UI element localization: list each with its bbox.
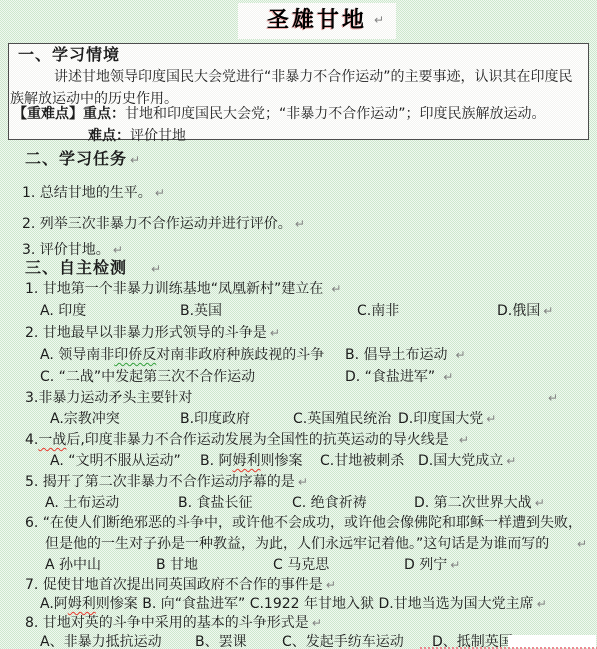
question-stem: 6. “在使人们断绝邪恶的斗争中，或许他不会成功，或许他会像佛陀和耶稣一样遭到失… [25,515,582,532]
q6-stem-text: 但是他的一生对子孙是一种教益，为此，人们永远牢记着他。”这句话是为谁而写的 [45,536,549,552]
option-d: D.俄国↵ [497,303,553,320]
option-a: A. “文明不服从运动” [50,453,181,470]
keypoint-label: 【重难点】重点： [13,106,125,122]
section1-paragraph-line1: 讲述甘地领导印度国民大会党进行“非暴力不合作运动”的主要事迹，认识其在印度民 [54,69,573,86]
keypoint-text: 甘地和印度国民大会党；“非暴力不合作运动”；印度民族解放运动。 [125,106,546,122]
section1-heading: 一、学习情境 [18,46,120,63]
option-d-text: D. 第二次世界大战 [414,495,532,511]
q4-stem-text: 后,印度非暴力不合作运动发展为全国性的抗英运动的导火线是 [66,432,448,448]
q5-options-row: A. 土布运动 B. 食盐长征 C. 绝食祈祷 D. 第二次世界大战↵ [0,495,597,512]
q5-stem-text: 5. 揭开了第二次非暴力不合作运动序幕的是 [25,474,295,490]
option-b-text: B. 倡导土布运动 [345,347,448,363]
option-a: A 孙中山 [45,557,101,574]
option-d: D.印度国大党↵ [398,411,496,428]
spellcheck-flagged-text: 一战 [38,432,66,448]
option-d-text: D.国大党成立 [418,453,503,469]
task-item: 2. 列举三次非暴力不合作运动并进行评价。↵ [22,216,305,233]
paragraph-mark: ↵ [151,262,161,276]
option-d-text: D 列宁 [404,557,447,573]
option-b: B. 倡导土布运动↵ [345,347,466,364]
paragraph-mark: ↵ [537,597,547,611]
option-d-text: D.俄国 [497,303,540,319]
option-b: B、罢课 [195,634,247,649]
option-b-text: 则惨案 [261,453,303,469]
q7-options-row: A.阿姆利则惨案 B. 向“食盐进军” C.1922 年甘地入狱 D.甘地当选为… [40,596,547,613]
option-b: B 甘地 [156,557,198,574]
option-c: C.英国殖民统治 [293,411,391,428]
paragraph-mark: ↵ [155,186,165,200]
option-a: A. 印度 [40,303,86,320]
q2-options-row2: C. “二战”中发起第三次不合作运动 D. “食盐进军”↵ [0,369,597,386]
option-d-text: D. “食盐进军” [345,369,435,385]
option-c: C 马克思 [273,557,329,574]
option-b: B.英国 [180,303,222,320]
paragraph-mark: ↵ [456,348,466,362]
q7-options-text: 则惨案 B. 向“食盐进军” C.1922 年甘地入狱 D.甘地当选为国大党主席 [96,596,534,612]
difficulty-text: 评价甘地 [130,128,186,144]
section3-heading: 三、自主检测↵ [25,259,161,276]
option-d: D.国大党成立↵ [418,453,516,470]
option-a-text: 对南非政府种族歧视的斗争 [156,347,324,363]
option-d: D. 第二次世界大战↵ [414,495,545,512]
paragraph-mark: ↵ [270,326,280,340]
title-box: 圣雄甘地 ↵ [238,3,396,39]
q4-stem-text: 4. [25,432,38,448]
paragraph-mark: ↵ [543,304,553,318]
q2-options-row1: A. 领导南非印侨反对南非政府种族歧视的斗争 B. 倡导土布运动↵ [0,347,597,364]
q1-stem-text: 1. 甘地第一个非暴力训练基地“凤凰新村”建立在 [25,281,323,297]
task3-text: 3. 评价甘地。 [22,242,110,258]
option-b: B. 食盐长征 [178,495,253,512]
q3-stem-text: 3.非暴力运动矛头主要针对 [25,390,192,406]
option-a-text: A. 领导南非 [40,347,114,363]
question-stem: 4.一战后,印度非暴力不合作运动发展为全国性的抗英运动的导火线是↵ [25,432,469,449]
paragraph-mark: ↵ [459,433,469,447]
option-b: B.印度政府 [180,411,250,428]
q7-options-text: A.阿 [40,596,68,612]
paragraph-mark: ↵ [331,282,341,296]
q8-stem-text: 8. 甘地对英的斗争中采用的基本的斗争形式是 [25,615,309,631]
task-item: 1. 总结甘地的生平。↵ [22,185,165,202]
question-stem: 2. 甘地最早以非暴力形式领导的斗争是↵ [25,325,280,342]
task-item: 3. 评价甘地。↵ [22,242,123,259]
paragraph-mark: ↵ [548,390,558,407]
section2-heading-text: 二、学习任务 [25,149,127,168]
option-c: C、发起手纺车运动 [282,634,404,649]
section2-heading: 二、学习任务↵ [25,150,140,167]
option-a: A. 领导南非印侨反对南非政府种族歧视的斗争 [40,347,324,364]
section1-keypoints-line: 【重难点】重点：甘地和印度国民大会党；“非暴力不合作运动”；印度民族解放运动。 [13,106,546,123]
option-c: C.南非 [357,303,399,320]
q2-stem-text: 2. 甘地最早以非暴力形式领导的斗争是 [25,325,267,341]
paragraph-mark: ↵ [486,412,496,426]
question-stem: 8. 甘地对英的斗争中采用的基本的斗争形式是↵ [25,615,322,632]
q7-stem-text: 7. 促使甘地首次提出同英国政府不合作的事件是 [25,577,323,593]
spellcheck-flagged-text: 姆利 [68,596,96,612]
paragraph-mark: ↵ [312,616,322,630]
paragraph-mark: ↵ [577,536,587,553]
question-stem: 7. 促使甘地首次提出同英国政府不合作的事件是↵ [25,577,336,594]
option-c: C.甘地被刺杀 [320,453,404,470]
paragraph-mark: ↵ [506,454,516,468]
document-page: 圣雄甘地 ↵ 一、学习情境 讲述甘地领导印度国民大会党进行“非暴力不合作运动”的… [0,0,597,649]
q6-options-row: A 孙中山 B 甘地 C 马克思 D 列宁↵ [0,557,597,574]
section1-difficulty-line: 难点：评价甘地 [88,128,186,145]
paragraph-mark: ↵ [450,558,460,572]
option-d: D. “食盐进军”↵ [345,369,453,386]
option-a: A.宗教冲突 [50,411,120,428]
paragraph-mark: ↵ [295,217,305,231]
task1-text: 1. 总结甘地的生平。 [22,185,152,201]
section3-heading-text: 三、自主检测 [25,258,127,277]
q3-options-row: A.宗教冲突 B.印度政府 C.英国殖民统治 D.印度国大党↵ [0,411,597,428]
task2-text: 2. 列举三次非暴力不合作运动并进行评价。 [22,216,292,232]
paragraph-mark: ↵ [130,153,140,167]
option-b-text: B. 阿 [200,453,233,469]
paragraph-mark: ↵ [443,370,453,384]
question-stem: 5. 揭开了第二次非暴力不合作运动序幕的是↵ [25,474,308,491]
option-c: C. 绝食祈祷 [292,495,367,512]
question-stem: 3.非暴力运动矛头主要针对↵ [25,390,585,407]
q1-options-row: A. 印度 B.英国 C.南非 D.俄国↵ [0,303,597,320]
option-d-text: D.印度国大党 [398,411,483,427]
option-a: A、非暴力抵抗运动 [40,634,162,649]
q4-options-row: A. “文明不服从运动” B. 阿姆利则惨案 C.甘地被刺杀 D.国大党成立↵ [0,453,597,470]
option-a: A. 土布运动 [45,495,119,512]
spellcheck-flagged-text: 印侨反 [114,347,156,363]
page-title: 圣雄甘地 [238,3,396,39]
spellcheck-flagged-text: 姆利 [233,453,261,469]
paragraph-mark: ↵ [298,475,308,489]
question-stem: 1. 甘地第一个非暴力训练基地“凤凰新村”建立在↵ [25,281,341,298]
question-stem-line2: 但是他的一生对子孙是一种教益，为此，人们永远牢记着他。”这句话是为谁而写的↵ [45,536,597,553]
difficulty-label: 难点： [88,128,130,144]
option-c: C. “二战”中发起第三次不合作运动 [40,369,255,386]
paragraph-mark: ↵ [326,578,336,592]
paragraph-mark: ↵ [113,243,123,257]
option-d: D 列宁↵ [404,557,460,574]
paragraph-mark: ↵ [535,496,545,510]
paragraph-mark: ↵ [374,13,384,27]
option-b: B. 阿姆利则惨案 [200,453,303,470]
